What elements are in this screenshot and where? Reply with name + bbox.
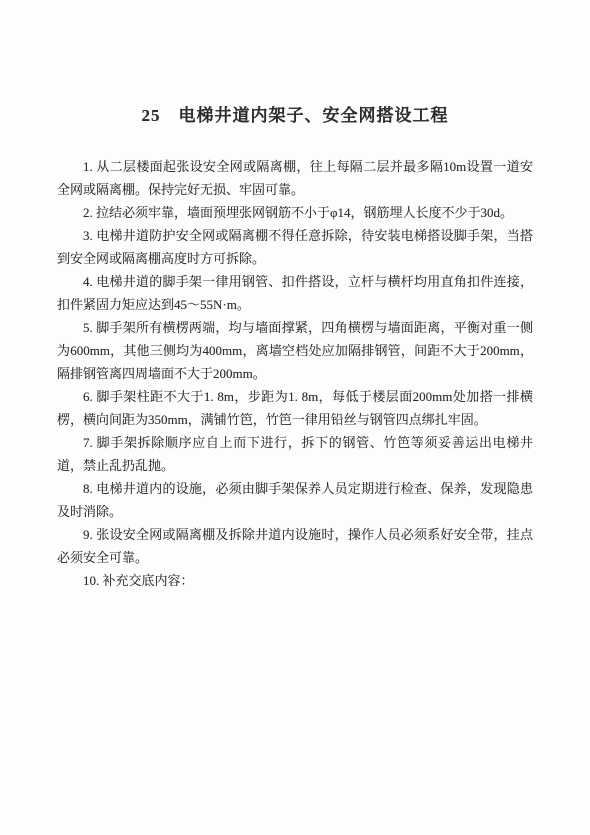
document-body: 1. 从二层楼面起张设安全网或隔离棚，往上每隔二层并最多隔10m设置一道安全网或… <box>57 155 533 592</box>
paragraph-10: 10. 补充交底内容： <box>57 569 533 592</box>
paragraph-1: 1. 从二层楼面起张设安全网或隔离棚，往上每隔二层并最多隔10m设置一道安全网或… <box>57 155 533 201</box>
paragraph-7: 7. 脚手架拆除顺序应自上而下进行，拆下的钢管、竹笆等须妥善运出电梯井道，禁止乱… <box>57 431 533 477</box>
paragraph-8: 8. 电梯井道内的设施，必须由脚手架保养人员定期进行检查、保养，发现隐患及时消除… <box>57 477 533 523</box>
paragraph-9: 9. 张设安全网或隔离棚及拆除井道内设施时，操作人员必须系好安全带，挂点必须安全… <box>57 523 533 569</box>
page-title: 25 电梯井道内架子、安全网搭设工程 <box>0 0 590 129</box>
paragraph-2: 2. 拉结必须牢靠，墙面预埋张网钢筋不小于φ14，钢筋埋人长度不少于30d。 <box>57 201 533 224</box>
paragraph-4: 4. 电梯井道的脚手架一律用钢管、扣件搭设，立杆与横杆均用直角扣件连接，扣件紧固… <box>57 270 533 316</box>
paragraph-3: 3. 电梯井道防护安全网或隔离棚不得任意拆除，待安装电梯搭设脚手架，当搭到安全网… <box>57 224 533 270</box>
paragraph-5: 5. 脚手架所有横楞两端，均与墙面撑紧，四角横楞与墙面距离，平衡对重一侧为600… <box>57 316 533 385</box>
paragraph-6: 6. 脚手架柱距不大于1. 8m，步距为1. 8m，每低于楼层面200mm处加搭… <box>57 385 533 431</box>
document-page: 25 电梯井道内架子、安全网搭设工程 1. 从二层楼面起张设安全网或隔离棚，往上… <box>0 0 590 835</box>
